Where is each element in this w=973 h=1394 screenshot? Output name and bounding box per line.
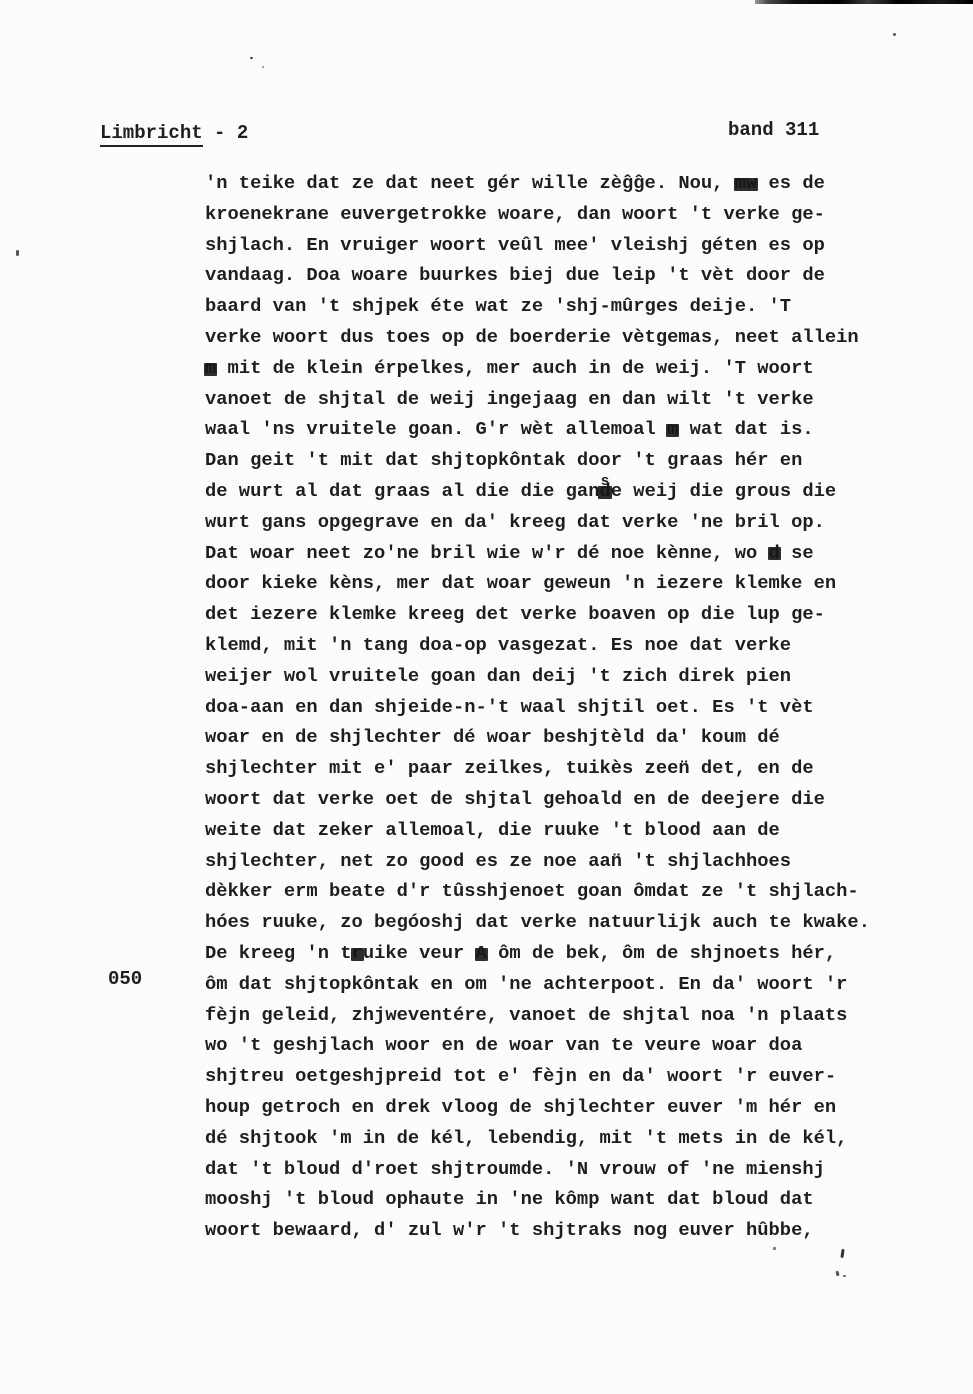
text-segment: hóes ruuke, zo begóoshj dat verke natuur… [205, 911, 870, 933]
text-line: wo 't geshjlach woor en de woar van te v… [205, 1030, 895, 1061]
text-line: vanoet de shjtal de weij ingejaag en dan… [205, 384, 895, 415]
text-line: weite dat zeker allemoal, die ruuke 't b… [205, 815, 895, 846]
text-line: doa-aan en dan shjeide-n-'t waal shjtil … [205, 692, 895, 723]
text-segment: dèkker erm beate d'r tûsshjenoet goan ôm… [205, 880, 859, 902]
text-segment: klemd, mit 'n tang doa-op vasgezat. Es n… [205, 634, 791, 656]
text-segment: wurt gans opgegrave en da' kreeg dat ver… [205, 511, 825, 533]
text-segment: weite dat zeker allemoal, die ruuke 't b… [205, 819, 780, 841]
text-line: wurt gans opgegrave en da' kreeg dat ver… [205, 507, 895, 538]
scan-speck [843, 1275, 846, 1277]
text-line: waal 'ns vruitele goan. G'r wèt allemoal… [205, 414, 895, 445]
text-segment: vandaag. Doa woare buurkes biej due leip… [205, 264, 825, 286]
text-segment: Dan geit 't mit dat shjtopkôntak door 't… [205, 449, 802, 471]
text-segment: vanoet de shjtal de weij ingejaag en dan… [205, 388, 814, 410]
overstruck-char: d [769, 538, 780, 569]
text-line: verke woort dus toes op de boerderie vèt… [205, 322, 895, 353]
scan-speck [836, 1271, 840, 1277]
scan-speck [773, 1247, 776, 1250]
text-segment: fèjn geleid, zhjweventére, vanoet de shj… [205, 1004, 847, 1026]
scan-speck [893, 33, 896, 36]
text-segment: 'n teike dat ze dat neet gér wille zèĝĝe… [205, 172, 735, 194]
text-line: dé shjtook 'm in de kél, lebendig, mit '… [205, 1123, 895, 1154]
text-line: fèjn geleid, zhjweventére, vanoet de shj… [205, 1000, 895, 1031]
text-segment: Dat woar neet zo'ne bril wie w'r dé noe … [205, 542, 769, 564]
correction-letter: s [601, 467, 610, 498]
text-line: mooshj 't bloud ophaute in 'ne kômp want… [205, 1184, 895, 1215]
text-segment: verke woort dus toes op de boerderie vèt… [205, 326, 859, 348]
text-line: 'n teike dat ze dat neet gér wille zèĝĝe… [205, 168, 895, 199]
text-line: shjlechter mit e' paar zeilkes, tuikès z… [205, 753, 895, 784]
text-segment: dat 't bloud d'roet shjtroumde. 'N vrouw… [205, 1158, 825, 1180]
text-segment: de wurt al dat graas al die die gan [205, 480, 599, 502]
text-line: woort dat verke oet de shjtal gehoald en… [205, 784, 895, 815]
text-line: vandaag. Doa woare buurkes biej due leip… [205, 260, 895, 291]
text-line: de wurt al dat graas al die die gandse w… [205, 476, 895, 507]
overstruck-char: ds [599, 476, 610, 507]
scan-artifact-bar [755, 0, 973, 4]
text-line: hóes ruuke, zo begóoshj dat verke natuur… [205, 907, 895, 938]
text-line: houp getroch en drek vloog de shjlechter… [205, 1092, 895, 1123]
header-title-underlined: Limbricht [100, 122, 203, 147]
text-line: door kieke kèns, mer dat woar geweun 'n … [205, 568, 895, 599]
text-segment: se [780, 542, 814, 564]
text-segment: waal 'ns vruitele goan. G'r wèt allemoal [205, 418, 667, 440]
page-header-title: Limbricht - 2 [100, 122, 248, 144]
text-body: 'n teike dat ze dat neet gér wille zèĝĝe… [205, 168, 895, 1246]
text-segment: doa-aan en dan shjeide-n-'t waal shjtil … [205, 696, 814, 718]
text-line: Dat woar neet zo'ne bril wie w'r dé noe … [205, 538, 895, 569]
text-segment: shjlach. En vruiger woort veûl mee' vlei… [205, 234, 825, 256]
page-header-band: band 311 [728, 119, 819, 141]
header-title-suffix: - 2 [203, 122, 249, 144]
text-segment: dé shjtook 'm in de kél, lebendig, mit '… [205, 1127, 847, 1149]
text-line: shjtreu oetgeshjpreid tot e' fèjn en da'… [205, 1061, 895, 1092]
margin-note: 050 [108, 968, 142, 990]
scan-speck [262, 66, 264, 68]
text-segment: shjlechter mit e' paar zeilkes, tuikès z… [205, 757, 814, 779]
text-line: ôm dat shjtopkôntak en om 'ne achterpoot… [205, 969, 895, 1000]
text-line: kroenekrane euvergetrokke woare, dan woo… [205, 199, 895, 230]
text-segment: shjlechter, net zo good es ze noe aan̈ '… [205, 850, 791, 872]
text-line: shjlach. En vruiger woort veûl mee' vlei… [205, 230, 895, 261]
text-segment: e weij die grous die [611, 480, 836, 502]
text-line: weijer wol vruitele goan dan deij 't zic… [205, 661, 895, 692]
text-line: m mit de klein érpelkes, mer auch in de … [205, 353, 895, 384]
text-line: baard van 't shjpek éte wat ze 'shj-mûrg… [205, 291, 895, 322]
text-line: woort bewaard, d' zul w'r 't shjtraks no… [205, 1215, 895, 1246]
text-segment: wo 't geshjlach woor en de woar van te v… [205, 1034, 802, 1056]
text-segment: houp getroch en drek vloog de shjlechter… [205, 1096, 836, 1118]
text-segment: mooshj 't bloud ophaute in 'ne kômp want… [205, 1188, 814, 1210]
text-segment: baard van 't shjpek éte wat ze 'shj-mûrg… [205, 295, 791, 317]
text-segment: ôm de bek, ôm de shjnoets hér, [487, 942, 836, 964]
text-line: woar en de shjlechter dé woar beshjtèld … [205, 722, 895, 753]
overstruck-char: r [352, 938, 363, 969]
text-segment: es de [757, 172, 825, 194]
text-segment: De kreeg 'n t [205, 942, 352, 964]
text-segment: woort dat verke oet de shjtal gehoald en… [205, 788, 825, 810]
text-segment: door kieke kèns, mer dat woar geweun 'n … [205, 572, 836, 594]
text-segment: mit de klein érpelkes, mer auch in de we… [216, 357, 813, 379]
text-segment: kroenekrane euvergetrokke woare, dan woo… [205, 203, 825, 225]
text-segment: uike veur [363, 942, 476, 964]
text-line: dat 't bloud d'roet shjtroumde. 'N vrouw… [205, 1154, 895, 1185]
overstruck-char: m [667, 414, 678, 445]
scan-speck [16, 250, 19, 256]
text-segment: weijer wol vruitele goan dan deij 't zic… [205, 665, 791, 687]
text-segment: woort bewaard, d' zul w'r 't shjtraks no… [205, 1219, 814, 1241]
overstruck-char: mw [735, 168, 758, 199]
text-line: De kreeg 'n truike veur A ôm de bek, ôm … [205, 938, 895, 969]
scan-speck [840, 1249, 844, 1258]
text-segment: ôm dat shjtopkôntak en om 'ne achterpoot… [205, 973, 847, 995]
overstruck-char: A [476, 938, 487, 969]
text-segment: det iezere klemke kreeg det verke boaven… [205, 603, 825, 625]
text-line: Dan geit 't mit dat shjtopkôntak door 't… [205, 445, 895, 476]
overstruck-char: m [205, 353, 216, 384]
text-segment: woar en de shjlechter dé woar beshjtèld … [205, 726, 780, 748]
text-line: klemd, mit 'n tang doa-op vasgezat. Es n… [205, 630, 895, 661]
scanned-document-page: Limbricht - 2 band 311 050 'n teike dat … [0, 0, 973, 1394]
text-segment: wat dat is. [678, 418, 813, 440]
text-segment: shjtreu oetgeshjpreid tot e' fèjn en da'… [205, 1065, 836, 1087]
text-line: dèkker erm beate d'r tûsshjenoet goan ôm… [205, 876, 895, 907]
text-line: shjlechter, net zo good es ze noe aan̈ '… [205, 846, 895, 877]
text-line: det iezere klemke kreeg det verke boaven… [205, 599, 895, 630]
scan-speck [250, 57, 253, 59]
